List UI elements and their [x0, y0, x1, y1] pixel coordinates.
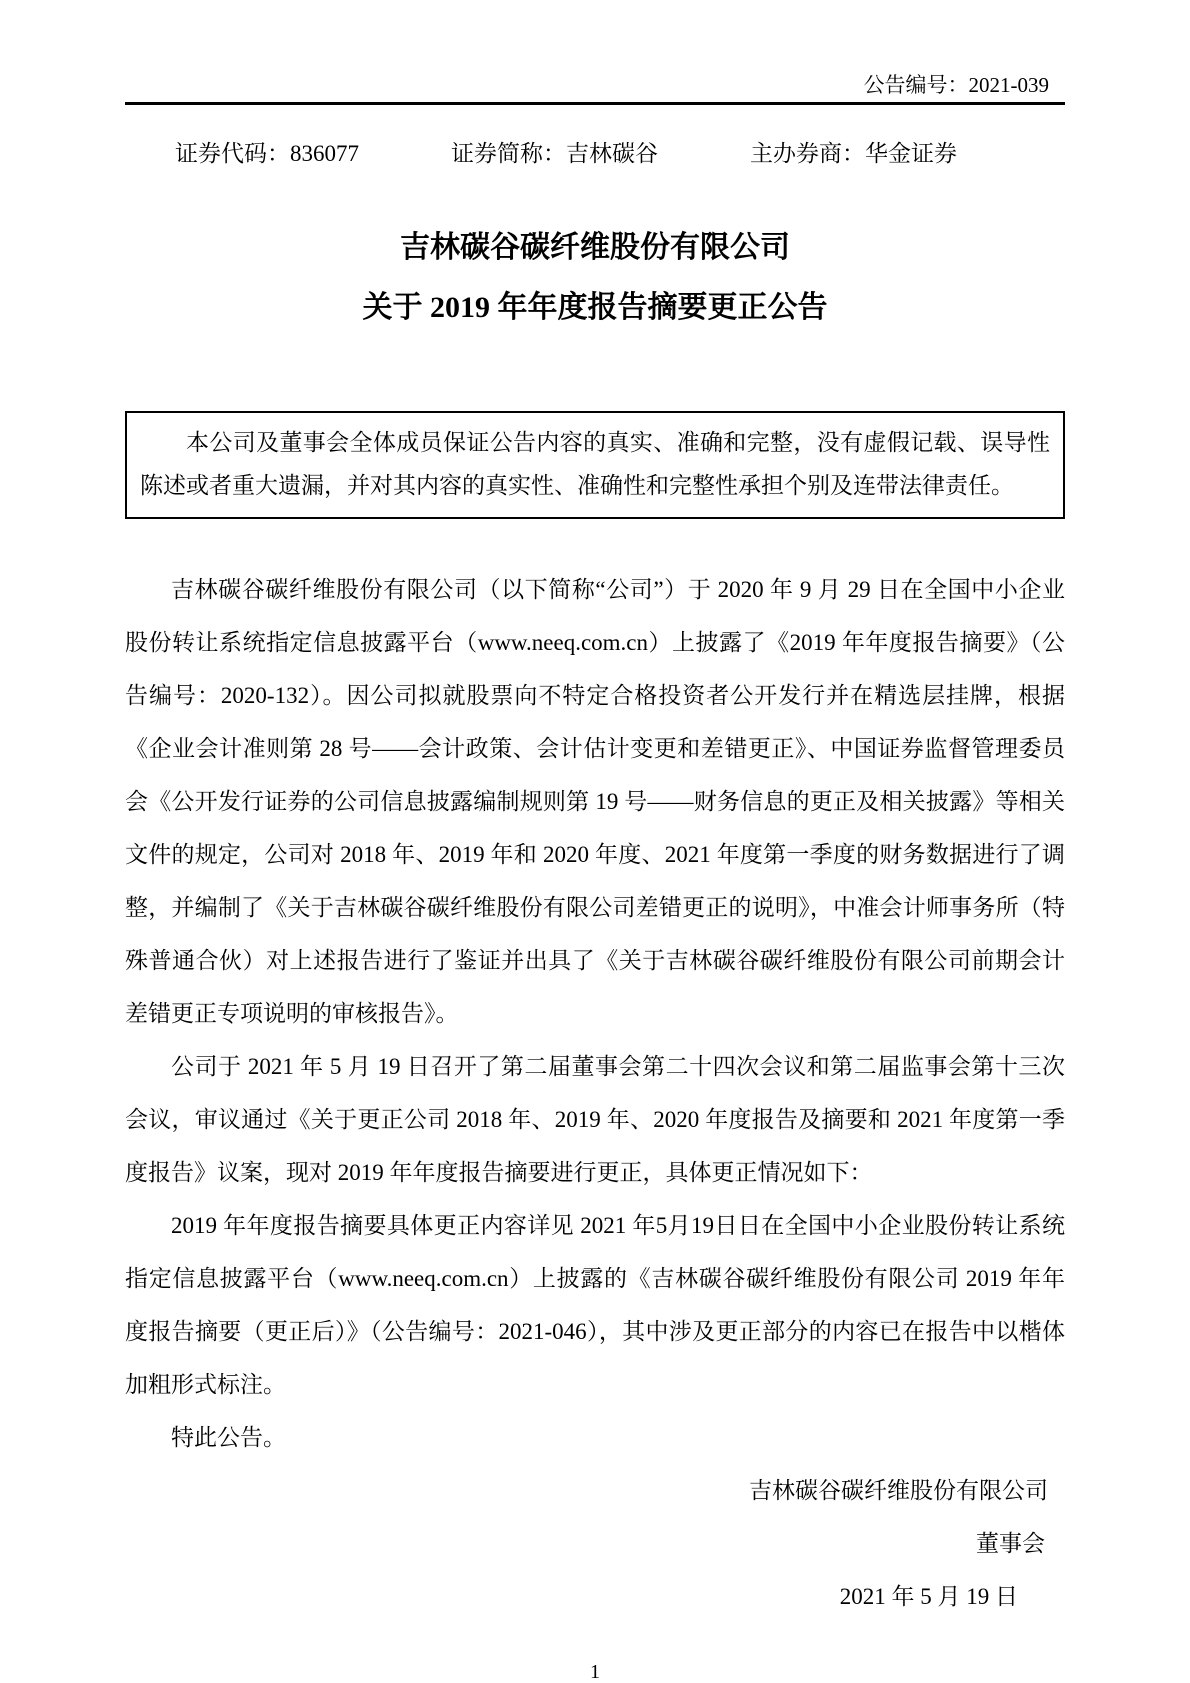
- body-paragraph-2: 公司于 2021 年 5 月 19 日召开了第二届董事会第二十四次会议和第二届监…: [125, 1040, 1065, 1199]
- disclaimer-box: 本公司及董事会全体成员保证公告内容的真实、准确和完整，没有虚假记载、误导性陈述或…: [125, 411, 1065, 519]
- announcement-title: 关于 2019 年年度报告摘要更正公告: [125, 291, 1065, 325]
- signature-block: 吉林碳谷碳纤维股份有限公司 董事会 2021 年 5 月 19 日: [125, 1464, 1065, 1623]
- page-number: 1: [125, 1661, 1065, 1683]
- signature-company: 吉林碳谷碳纤维股份有限公司: [125, 1464, 1065, 1517]
- signature-board: 董事会: [125, 1517, 1065, 1570]
- closing-line: 特此公告。: [125, 1411, 1065, 1464]
- security-info-row: 证券代码：836077 证券简称：吉林碳谷 主办券商：华金证券: [175, 141, 957, 167]
- stock-short-name: 证券简称：吉林碳谷: [451, 141, 658, 167]
- signature-date: 2021 年 5 月 19 日: [125, 1570, 1065, 1623]
- announcement-number: 公告编号：2021-039: [125, 0, 1065, 97]
- sponsor-broker: 主办券商：华金证券: [750, 141, 957, 167]
- body-paragraph-1: 吉林碳谷碳纤维股份有限公司（以下简称“公司”）于 2020 年 9 月 29 日…: [125, 563, 1065, 1040]
- company-title: 吉林碳谷碳纤维股份有限公司: [125, 231, 1065, 265]
- header-rule: [125, 102, 1065, 105]
- document-page: 公告编号：2021-039 证券代码：836077 证券简称：吉林碳谷 主办券商…: [0, 0, 1190, 1683]
- page-content: 公告编号：2021-039 证券代码：836077 证券简称：吉林碳谷 主办券商…: [125, 0, 1065, 1683]
- stock-code: 证券代码：836077: [175, 141, 359, 167]
- disclaimer-text: 本公司及董事会全体成员保证公告内容的真实、准确和完整，没有虚假记载、误导性陈述或…: [140, 421, 1050, 507]
- body-paragraph-3: 2019 年年度报告摘要具体更正内容详见 2021 年5月19日日在全国中小企业…: [125, 1199, 1065, 1411]
- announcement-body: 吉林碳谷碳纤维股份有限公司（以下简称“公司”）于 2020 年 9 月 29 日…: [125, 563, 1065, 1464]
